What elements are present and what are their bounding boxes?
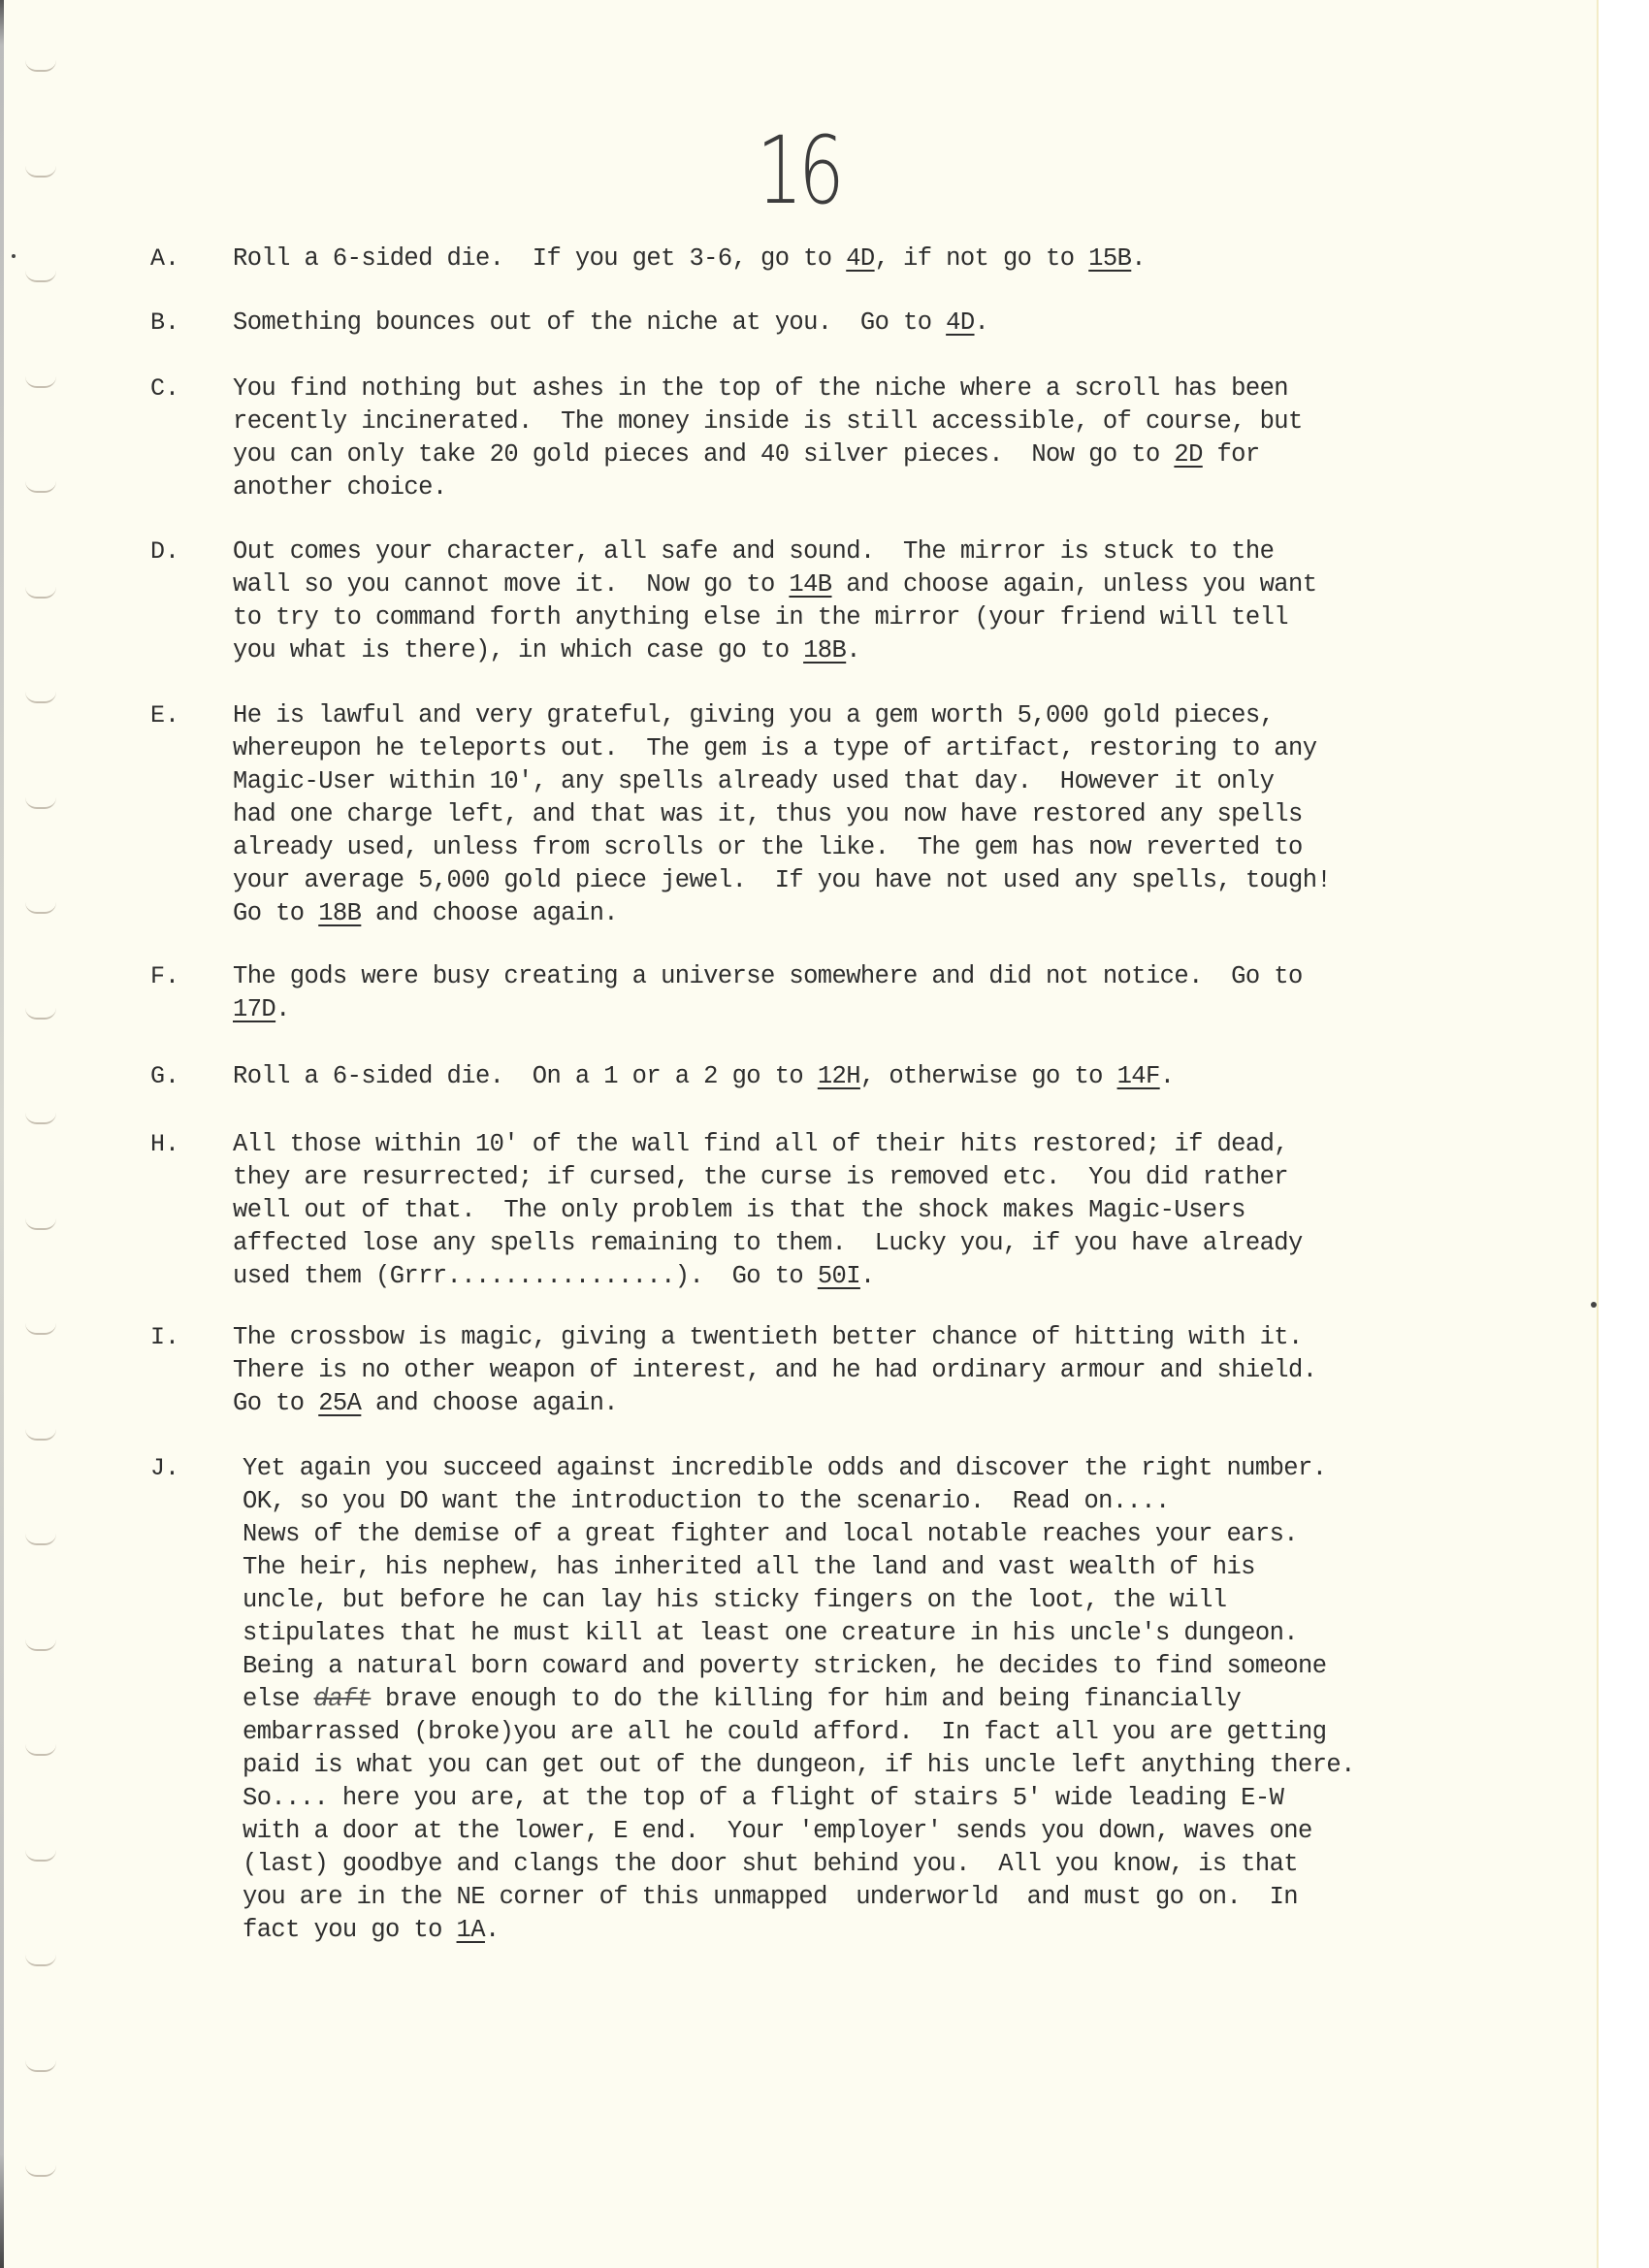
text-line: Roll a 6-sided die. If you get 3-6, go t… bbox=[233, 243, 1513, 275]
entry-text: Out comes your character, all safe and s… bbox=[233, 535, 1513, 667]
text-run: . bbox=[1160, 1062, 1175, 1090]
text-run: , otherwise go to bbox=[860, 1062, 1117, 1090]
section-reference[interactable]: 12H bbox=[818, 1062, 860, 1090]
text-run: well out of that. The only problem is th… bbox=[233, 1196, 1245, 1224]
text-run: Being a natural born coward and poverty … bbox=[242, 1652, 1326, 1680]
text-run: (last) goodbye and clangs the door shut … bbox=[242, 1850, 1298, 1878]
text-run: Something bounces out of the niche at yo… bbox=[233, 308, 946, 337]
text-line: paid is what you can get out of the dung… bbox=[242, 1749, 1523, 1782]
text-line: to try to command forth anything else in… bbox=[233, 601, 1513, 634]
section-reference[interactable]: 4D bbox=[846, 244, 874, 273]
text-run: OK, so you DO want the introduction to t… bbox=[242, 1487, 1170, 1515]
text-run: Yet again you succeed against incredible… bbox=[242, 1454, 1326, 1482]
text-line: Go to 25A and choose again. bbox=[233, 1387, 1513, 1420]
text-line: affected lose any spells remaining to th… bbox=[233, 1227, 1513, 1260]
text-run: The heir, his nephew, has inherited all … bbox=[242, 1553, 1255, 1581]
text-run: So.... here you are, at the top of a fli… bbox=[242, 1784, 1283, 1812]
text-run: There is no other weapon of interest, an… bbox=[233, 1356, 1316, 1384]
text-line: another choice. bbox=[233, 471, 1513, 504]
entry-text: Something bounces out of the niche at yo… bbox=[233, 307, 1513, 340]
text-run: and choose again, unless you want bbox=[832, 570, 1317, 599]
typewritten-page: 16 A. Roll a 6-sided die. If you get 3-6… bbox=[0, 0, 1599, 2268]
text-run: You find nothing but ashes in the top of… bbox=[233, 374, 1288, 403]
text-line: The gods were busy creating a universe s… bbox=[233, 960, 1513, 993]
text-line: recently incinerated. The money inside i… bbox=[233, 405, 1513, 438]
text-run: , if not go to bbox=[875, 244, 1089, 273]
section-reference[interactable]: 50I bbox=[818, 1262, 860, 1290]
text-line: 17D. bbox=[233, 993, 1513, 1026]
text-run: Go to bbox=[233, 899, 318, 927]
text-line: uncle, but before he can lay his sticky … bbox=[242, 1584, 1523, 1617]
entry-text: Roll a 6-sided die. On a 1 or a 2 go to … bbox=[233, 1060, 1513, 1093]
entry-letter: H. bbox=[150, 1128, 179, 1161]
text-line: fact you go to 1A. bbox=[242, 1914, 1523, 1947]
text-run: . bbox=[975, 308, 989, 337]
entry-text: Yet again you succeed against incredible… bbox=[242, 1452, 1523, 1947]
entry-text: All those within 10' of the wall find al… bbox=[233, 1128, 1513, 1293]
text-run: and choose again. bbox=[361, 1389, 618, 1417]
text-line: Yet again you succeed against incredible… bbox=[242, 1452, 1523, 1485]
text-run: had one charge left, and that was it, th… bbox=[233, 800, 1303, 828]
text-line: Being a natural born coward and poverty … bbox=[242, 1650, 1523, 1683]
text-line: Something bounces out of the niche at yo… bbox=[233, 307, 1513, 340]
text-run: Out comes your character, all safe and s… bbox=[233, 537, 1274, 566]
text-run: All those within 10' of the wall find al… bbox=[233, 1130, 1288, 1158]
text-run: another choice. bbox=[233, 473, 447, 502]
text-line: you can only take 20 gold pieces and 40 … bbox=[233, 438, 1513, 471]
entry-letter: B. bbox=[150, 307, 179, 340]
text-run: wall so you cannot move it. Now go to bbox=[233, 570, 789, 599]
entry-letter: C. bbox=[150, 373, 179, 405]
text-run: . bbox=[860, 1262, 875, 1290]
text-run: uncle, but before he can lay his sticky … bbox=[242, 1586, 1226, 1614]
text-run: Magic-User within 10', any spells alread… bbox=[233, 767, 1274, 795]
text-line: Out comes your character, all safe and s… bbox=[233, 535, 1513, 568]
text-run: Roll a 6-sided die. If you get 3-6, go t… bbox=[233, 244, 846, 273]
section-reference[interactable]: 17D bbox=[233, 995, 275, 1023]
ink-speck bbox=[12, 254, 16, 258]
entry-text: He is lawful and very grateful, giving y… bbox=[233, 699, 1513, 930]
text-run: you what is there), in which case go to bbox=[233, 636, 803, 664]
text-run: News of the demise of a great fighter an… bbox=[242, 1520, 1298, 1548]
text-run: The gods were busy creating a universe s… bbox=[233, 962, 1303, 990]
text-line: OK, so you DO want the introduction to t… bbox=[242, 1485, 1523, 1518]
text-line: your average 5,000 gold piece jewel. If … bbox=[233, 864, 1513, 897]
section-reference[interactable]: 2D bbox=[1174, 440, 1202, 469]
entry-letter: F. bbox=[150, 960, 179, 993]
entry-letter: A. bbox=[150, 243, 179, 275]
text-run: . bbox=[275, 995, 290, 1023]
text-line: All those within 10' of the wall find al… bbox=[233, 1128, 1513, 1161]
entry-letter: D. bbox=[150, 535, 179, 568]
text-run: paid is what you can get out of the dung… bbox=[242, 1751, 1355, 1779]
text-run: The crossbow is magic, giving a twentiet… bbox=[233, 1323, 1303, 1351]
text-run: you are in the NE corner of this unmappe… bbox=[242, 1883, 1298, 1911]
text-line: You find nothing but ashes in the top of… bbox=[233, 373, 1513, 405]
text-line: they are resurrected; if cursed, the cur… bbox=[233, 1161, 1513, 1194]
text-line: So.... here you are, at the top of a fli… bbox=[242, 1782, 1523, 1815]
text-line: The heir, his nephew, has inherited all … bbox=[242, 1551, 1523, 1584]
section-reference[interactable]: 15B bbox=[1088, 244, 1131, 273]
text-line: you are in the NE corner of this unmappe… bbox=[242, 1881, 1523, 1914]
entry-letter: I. bbox=[150, 1321, 179, 1354]
text-run: used them (Grrr................). Go to bbox=[233, 1262, 818, 1290]
text-run: for bbox=[1203, 440, 1260, 469]
text-line: News of the demise of a great fighter an… bbox=[242, 1518, 1523, 1551]
text-line: else daft brave enough to do the killing… bbox=[242, 1683, 1523, 1716]
entry-text: You find nothing but ashes in the top of… bbox=[233, 373, 1513, 504]
entry-text: The gods were busy creating a universe s… bbox=[233, 960, 1513, 1026]
text-run: He is lawful and very grateful, giving y… bbox=[233, 701, 1274, 729]
text-run: they are resurrected; if cursed, the cur… bbox=[233, 1163, 1288, 1191]
section-reference[interactable]: 18B bbox=[318, 899, 361, 927]
text-line: stipulates that he must kill at least on… bbox=[242, 1617, 1523, 1650]
text-run: brave enough to do the killing for him a… bbox=[371, 1685, 1241, 1713]
section-reference[interactable]: 1A bbox=[457, 1916, 485, 1944]
text-run: recently incinerated. The money inside i… bbox=[233, 407, 1303, 436]
text-run: whereupon he teleports out. The gem is a… bbox=[233, 734, 1316, 762]
text-run: to try to command forth anything else in… bbox=[233, 603, 1288, 632]
text-line: Roll a 6-sided die. On a 1 or a 2 go to … bbox=[233, 1060, 1513, 1093]
text-run: Go to bbox=[233, 1389, 318, 1417]
entry-letter: J. bbox=[150, 1452, 179, 1485]
section-reference[interactable]: 14F bbox=[1117, 1062, 1160, 1090]
entry-list: A. Roll a 6-sided die. If you get 3-6, g… bbox=[0, 0, 1597, 2268]
text-line: already used, unless from scrolls or the… bbox=[233, 831, 1513, 864]
text-run: you can only take 20 gold pieces and 40 … bbox=[233, 440, 1174, 469]
text-run: affected lose any spells remaining to th… bbox=[233, 1229, 1303, 1257]
text-line: The crossbow is magic, giving a twentiet… bbox=[233, 1321, 1513, 1354]
section-reference[interactable]: 14B bbox=[789, 570, 831, 599]
text-run: embarrassed (broke)you are all he could … bbox=[242, 1718, 1326, 1746]
entry-letter: E. bbox=[150, 699, 179, 732]
text-line: (last) goodbye and clangs the door shut … bbox=[242, 1848, 1523, 1881]
text-line: embarrassed (broke)you are all he could … bbox=[242, 1716, 1523, 1749]
section-reference[interactable]: 25A bbox=[318, 1389, 361, 1417]
text-line: had one charge left, and that was it, th… bbox=[233, 798, 1513, 831]
section-reference[interactable]: 4D bbox=[946, 308, 974, 337]
text-line: wall so you cannot move it. Now go to 14… bbox=[233, 568, 1513, 601]
text-run: already used, unless from scrolls or the… bbox=[233, 833, 1303, 861]
text-line: well out of that. The only problem is th… bbox=[233, 1194, 1513, 1227]
text-run: stipulates that he must kill at least on… bbox=[242, 1619, 1298, 1647]
text-run: Roll a 6-sided die. On a 1 or a 2 go to bbox=[233, 1062, 818, 1090]
ink-speck bbox=[1591, 1302, 1597, 1308]
text-run: your average 5,000 gold piece jewel. If … bbox=[233, 866, 1331, 894]
text-run: fact you go to bbox=[242, 1916, 457, 1944]
entry-text: The crossbow is magic, giving a twentiet… bbox=[233, 1321, 1513, 1420]
text-line: used them (Grrr................). Go to … bbox=[233, 1260, 1513, 1293]
text-run: . bbox=[846, 636, 860, 664]
text-run: and choose again. bbox=[361, 899, 618, 927]
text-line: He is lawful and very grateful, giving y… bbox=[233, 699, 1513, 732]
entry-letter: G. bbox=[150, 1060, 179, 1093]
text-line: with a door at the lower, E end. Your 'e… bbox=[242, 1815, 1523, 1848]
text-line: Magic-User within 10', any spells alread… bbox=[233, 765, 1513, 798]
text-line: Go to 18B and choose again. bbox=[233, 897, 1513, 930]
text-run: . bbox=[1131, 244, 1146, 273]
text-run: else bbox=[242, 1685, 314, 1713]
section-reference[interactable]: 18B bbox=[803, 636, 846, 664]
text-line: you what is there), in which case go to … bbox=[233, 634, 1513, 667]
entry-text: Roll a 6-sided die. If you get 3-6, go t… bbox=[233, 243, 1513, 275]
struck-out-word: daft bbox=[314, 1685, 372, 1713]
text-line: There is no other weapon of interest, an… bbox=[233, 1354, 1513, 1387]
text-run: . bbox=[485, 1916, 500, 1944]
text-line: whereupon he teleports out. The gem is a… bbox=[233, 732, 1513, 765]
text-run: with a door at the lower, E end. Your 'e… bbox=[242, 1817, 1312, 1845]
